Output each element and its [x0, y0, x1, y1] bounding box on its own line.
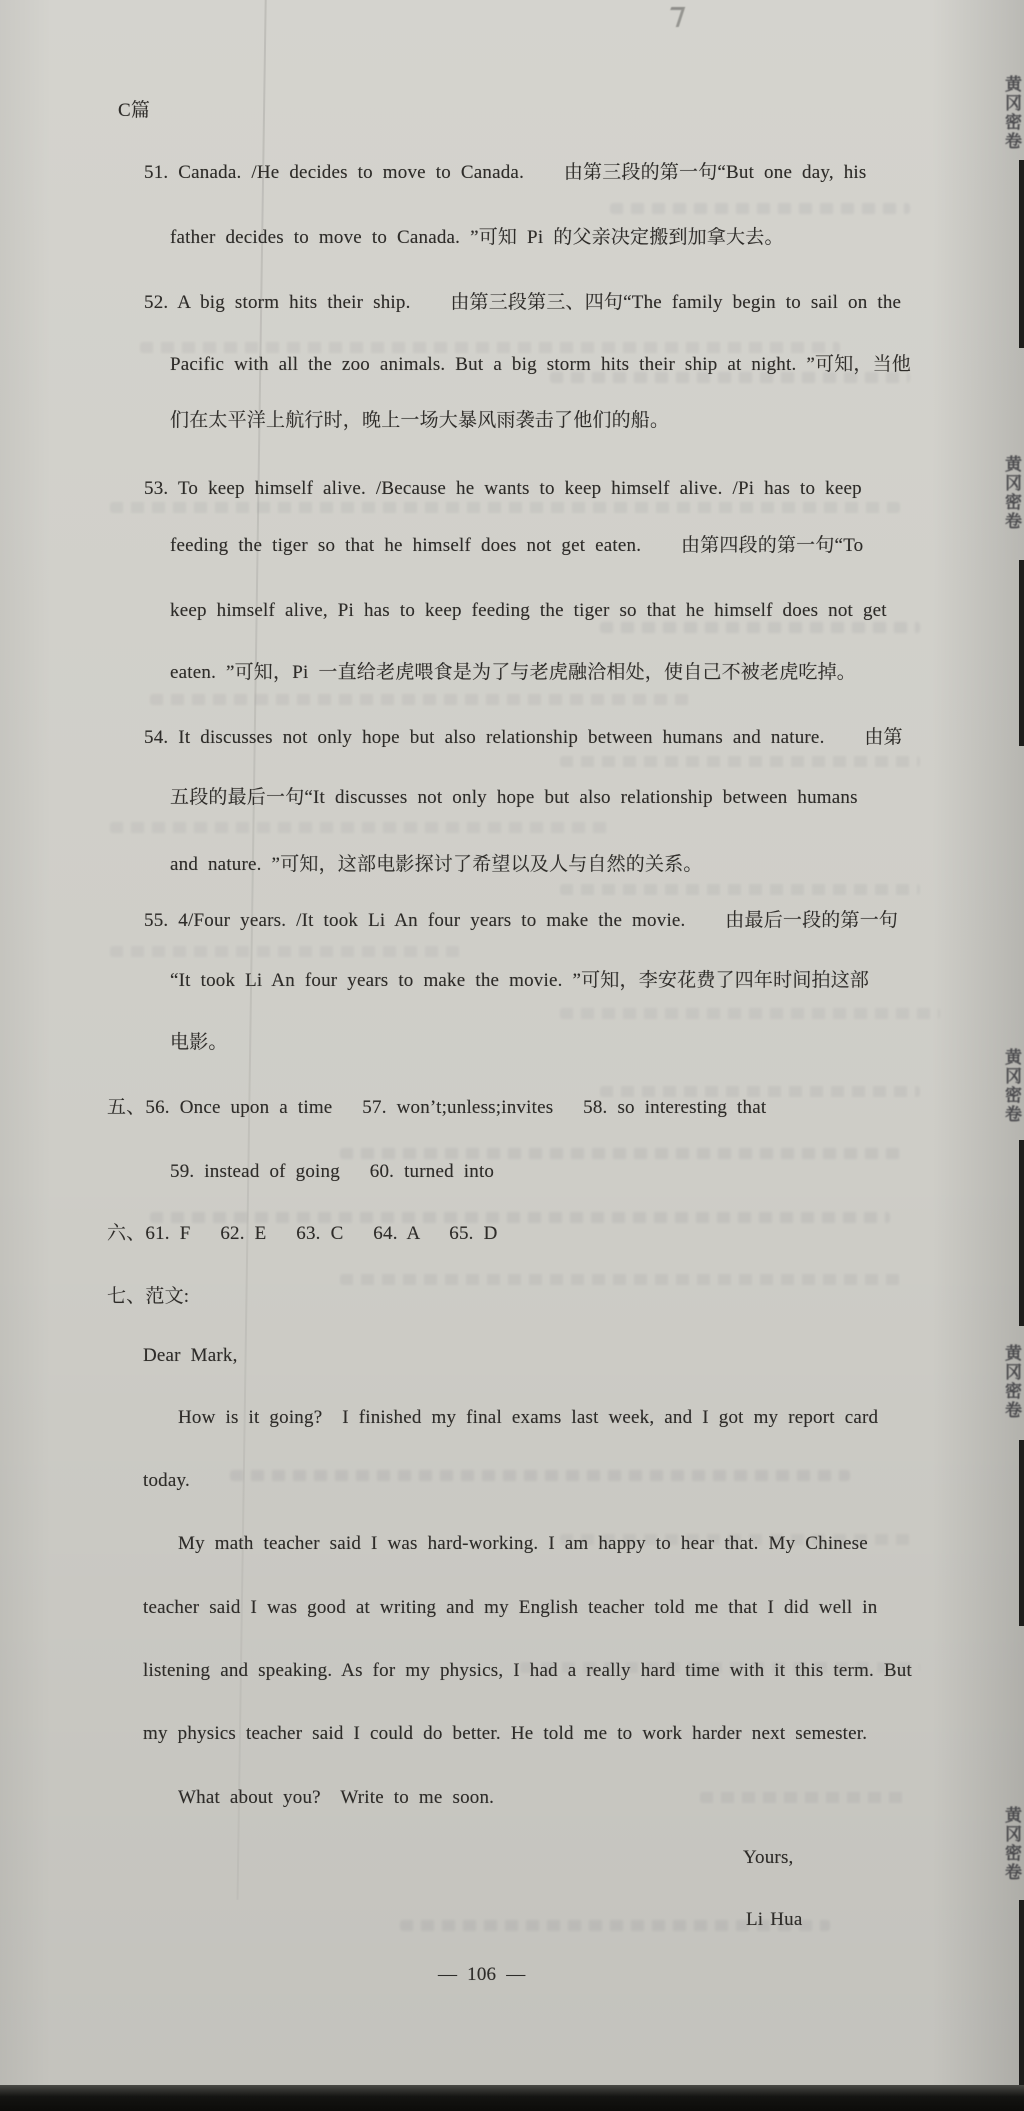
page-number: — 106 — [438, 1963, 525, 1987]
bleed-through [150, 694, 690, 705]
letter-line: What about you? Write to me soon. [178, 1786, 494, 1810]
answer-52-line: Pacific with all the zoo animals. But a … [170, 353, 911, 377]
edge-bar [1019, 560, 1024, 746]
bleed-through [340, 1148, 900, 1159]
answer-53-line: feeding the tiger so that he himself doe… [170, 534, 863, 558]
answer-53-line: keep himself alive, Pi has to keep feedi… [170, 599, 887, 623]
letter-line: teacher said I was good at writing and m… [143, 1596, 877, 1620]
scan-bottom-edge [0, 2085, 1024, 2111]
answer-51-line: 51. Canada. /He decides to move to Canad… [144, 161, 867, 185]
answer-55-line: 55. 4/Four years. /It took Li An four ye… [144, 909, 898, 933]
answer-51-line: father decides to move to Canada. ”可知 Pi… [170, 226, 784, 250]
bleed-through [230, 1470, 850, 1481]
answer-53-line: 53. To keep himself alive. /Because he w… [144, 477, 862, 501]
letter-closing: Yours, [743, 1846, 794, 1870]
margin-stamp: 黄冈密卷 [1000, 1806, 1024, 1882]
bleed-through [340, 1274, 900, 1285]
answer-54-line: 五段的最后一句“It discusses not only hope but a… [170, 786, 858, 810]
bleed-through [700, 1792, 910, 1803]
bleed-through [140, 342, 840, 353]
bleed-through [110, 946, 460, 957]
letter-line: listening and speaking. As for my physic… [143, 1659, 912, 1683]
margin-stamp: 黄冈密卷 [1000, 455, 1024, 531]
bleed-through [110, 502, 900, 513]
section-six-line: 六、61. F 62. E 63. C 64. A 65. D [107, 1222, 498, 1246]
section-seven-label: 七、范文: [107, 1285, 189, 1309]
bleed-through [560, 884, 920, 895]
answer-54-line: 54. It discusses not only hope but also … [144, 726, 903, 750]
answer-53-line: eaten. ”可知，Pi 一直给老虎喂食是为了与老虎融洽相处，使自己不被老虎吃… [170, 661, 856, 685]
answer-55-line: 电影。 [170, 1031, 228, 1055]
bleed-through [610, 203, 910, 214]
scanned-answer-page: C篇 51. Canada. /He decides to move to Ca… [0, 0, 1024, 2111]
letter-line: my physics teacher said I could do bette… [143, 1722, 867, 1746]
edge-bar [1019, 1440, 1024, 1626]
answer-52-line: 52. A big storm hits their ship. 由第三段第三、… [144, 291, 901, 315]
letter-line: My math teacher said I was hard-working.… [178, 1532, 868, 1556]
bleed-through [110, 822, 610, 833]
answer-54-line: and nature. ”可知，这部电影探讨了希望以及人与自然的关系。 [170, 853, 703, 877]
margin-stamp: 黄冈密卷 [1000, 75, 1024, 151]
letter-line: today. [143, 1469, 190, 1493]
margin-stamp: 黄冈密卷 [1000, 1344, 1024, 1420]
pen-mark [665, 7, 685, 27]
section-five-line: 五、56. Once upon a time 57. won’t;unless;… [107, 1096, 766, 1120]
edge-bar [1019, 1140, 1024, 1326]
passage-c-label: C篇 [118, 99, 150, 123]
section-five-line: 59. instead of going 60. turned into [170, 1160, 494, 1184]
edge-bar [1019, 1900, 1024, 2086]
edge-bar [1019, 160, 1024, 348]
letter-signature: Li Hua [746, 1908, 803, 1932]
bleed-through [560, 1008, 940, 1019]
margin-stamp: 黄冈密卷 [1000, 1048, 1024, 1124]
answer-55-line: “It took Li An four years to make the mo… [170, 969, 869, 993]
bleed-through [560, 756, 920, 767]
letter-line: How is it going? I finished my final exa… [178, 1406, 878, 1430]
bleed-through [600, 622, 920, 633]
answer-52-line: 们在太平洋上航行时，晚上一场大暴风雨袭击了他们的船。 [170, 409, 669, 433]
letter-salutation: Dear Mark, [143, 1344, 238, 1368]
